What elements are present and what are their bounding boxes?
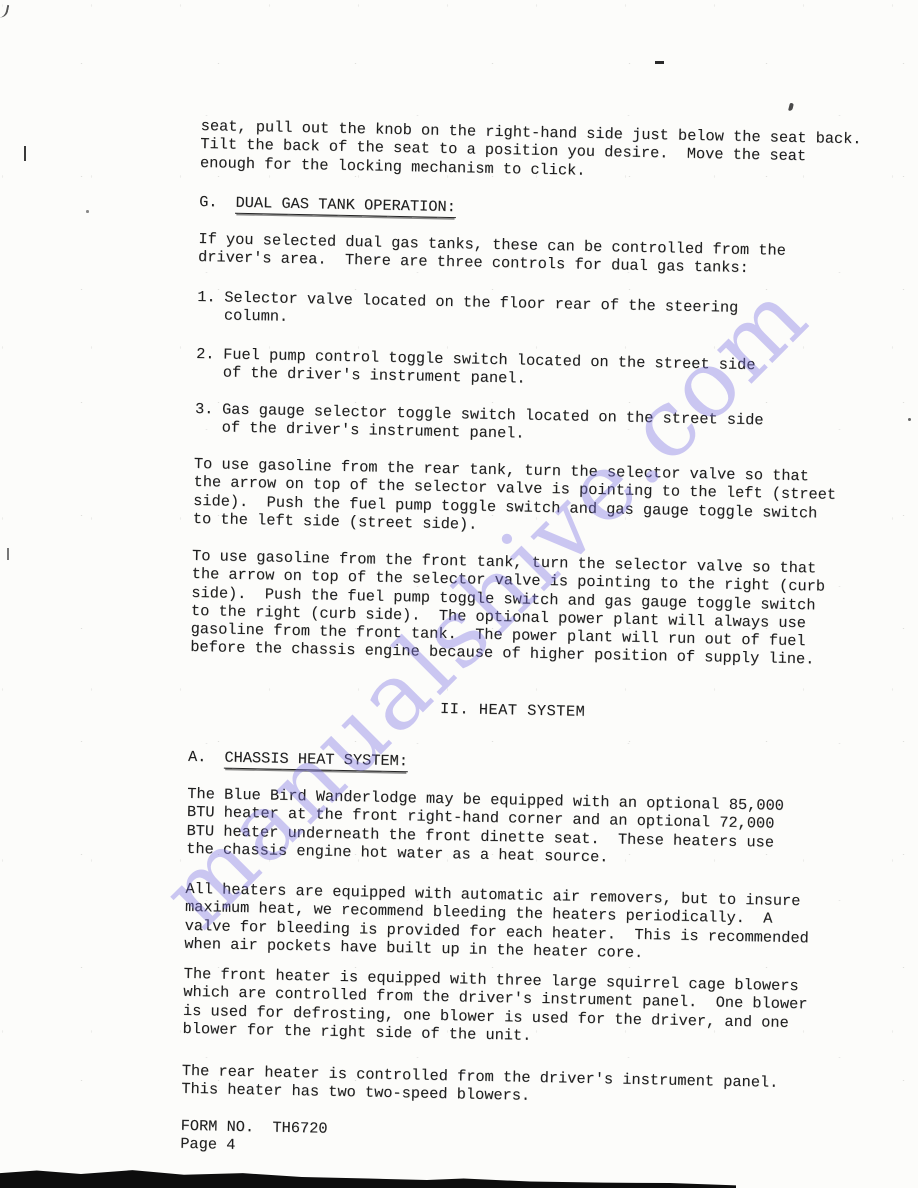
section-title-dual-gas-tank: DUAL GAS TANK OPERATION: — [235, 194, 456, 218]
scanned-manual-page: seat, pull out the knob on the right-han… — [0, 0, 918, 1188]
paragraph-front-heater: The front heater is equipped with three … — [182, 965, 873, 1052]
list-text: Gas gauge selector toggle switch located… — [222, 400, 863, 449]
list-item-gas-gauge-switch: 3. Gas gauge selector toggle switch loca… — [195, 400, 863, 450]
list-number: 3. — [195, 400, 223, 437]
section-label-g: G. — [199, 193, 218, 212]
paragraph-front-tank: To use gasoline from the front tank, tur… — [190, 547, 882, 671]
list-item-selector-valve: 1. Selector valve located on the floor r… — [197, 288, 865, 338]
section-heading-dual-gas-tank: G.DUAL GAS TANK OPERATION: — [199, 193, 456, 216]
scan-artifact-comma — [788, 103, 794, 112]
section-title-chassis-heat: CHASSIS HEAT SYSTEM: — [224, 749, 408, 773]
scan-artifact-speck — [86, 210, 89, 213]
list-number: 1. — [197, 288, 225, 325]
list-item-fuel-pump-switch: 2. Fuel pump control toggle switch locat… — [196, 345, 864, 395]
list-number: 2. — [196, 345, 224, 382]
typed-content: seat, pull out the knob on the right-han… — [180, 113, 901, 1187]
paragraph-all-heaters: All heaters are equipped with automatic … — [184, 880, 875, 967]
section-heading-chassis-heat: A.CHASSIS HEAT SYSTEM: — [188, 748, 408, 771]
scan-artifact-speck — [908, 418, 911, 421]
page-footer: FORM NO. TH6720 Page 4 — [180, 1117, 871, 1167]
paragraph-rear-tank: To use gasoline from the rear tank, turn… — [193, 455, 884, 542]
paragraph-rear-heater: The rear heater is controlled from the d… — [181, 1062, 872, 1112]
section-label-a: A. — [188, 748, 207, 767]
scan-artifact-tick — [7, 548, 9, 560]
paragraph-seat-adjustment: seat, pull out the knob on the right-han… — [200, 117, 891, 186]
scan-artifact-corner — [0, 3, 9, 19]
scan-artifact-tick — [24, 146, 26, 161]
heading-heat-system: II. HEAT SYSTEM — [440, 700, 586, 721]
paragraph-dual-tank-intro: If you selected dual gas tanks, these ca… — [198, 230, 889, 280]
scan-artifact-dash — [655, 61, 664, 64]
list-text: Selector valve located on the floor rear… — [224, 289, 865, 338]
list-text: Fuel pump control toggle switch located … — [223, 345, 864, 394]
paragraph-bluebird-heaters: The Blue Bird Wanderlodge may be equippe… — [186, 785, 877, 872]
